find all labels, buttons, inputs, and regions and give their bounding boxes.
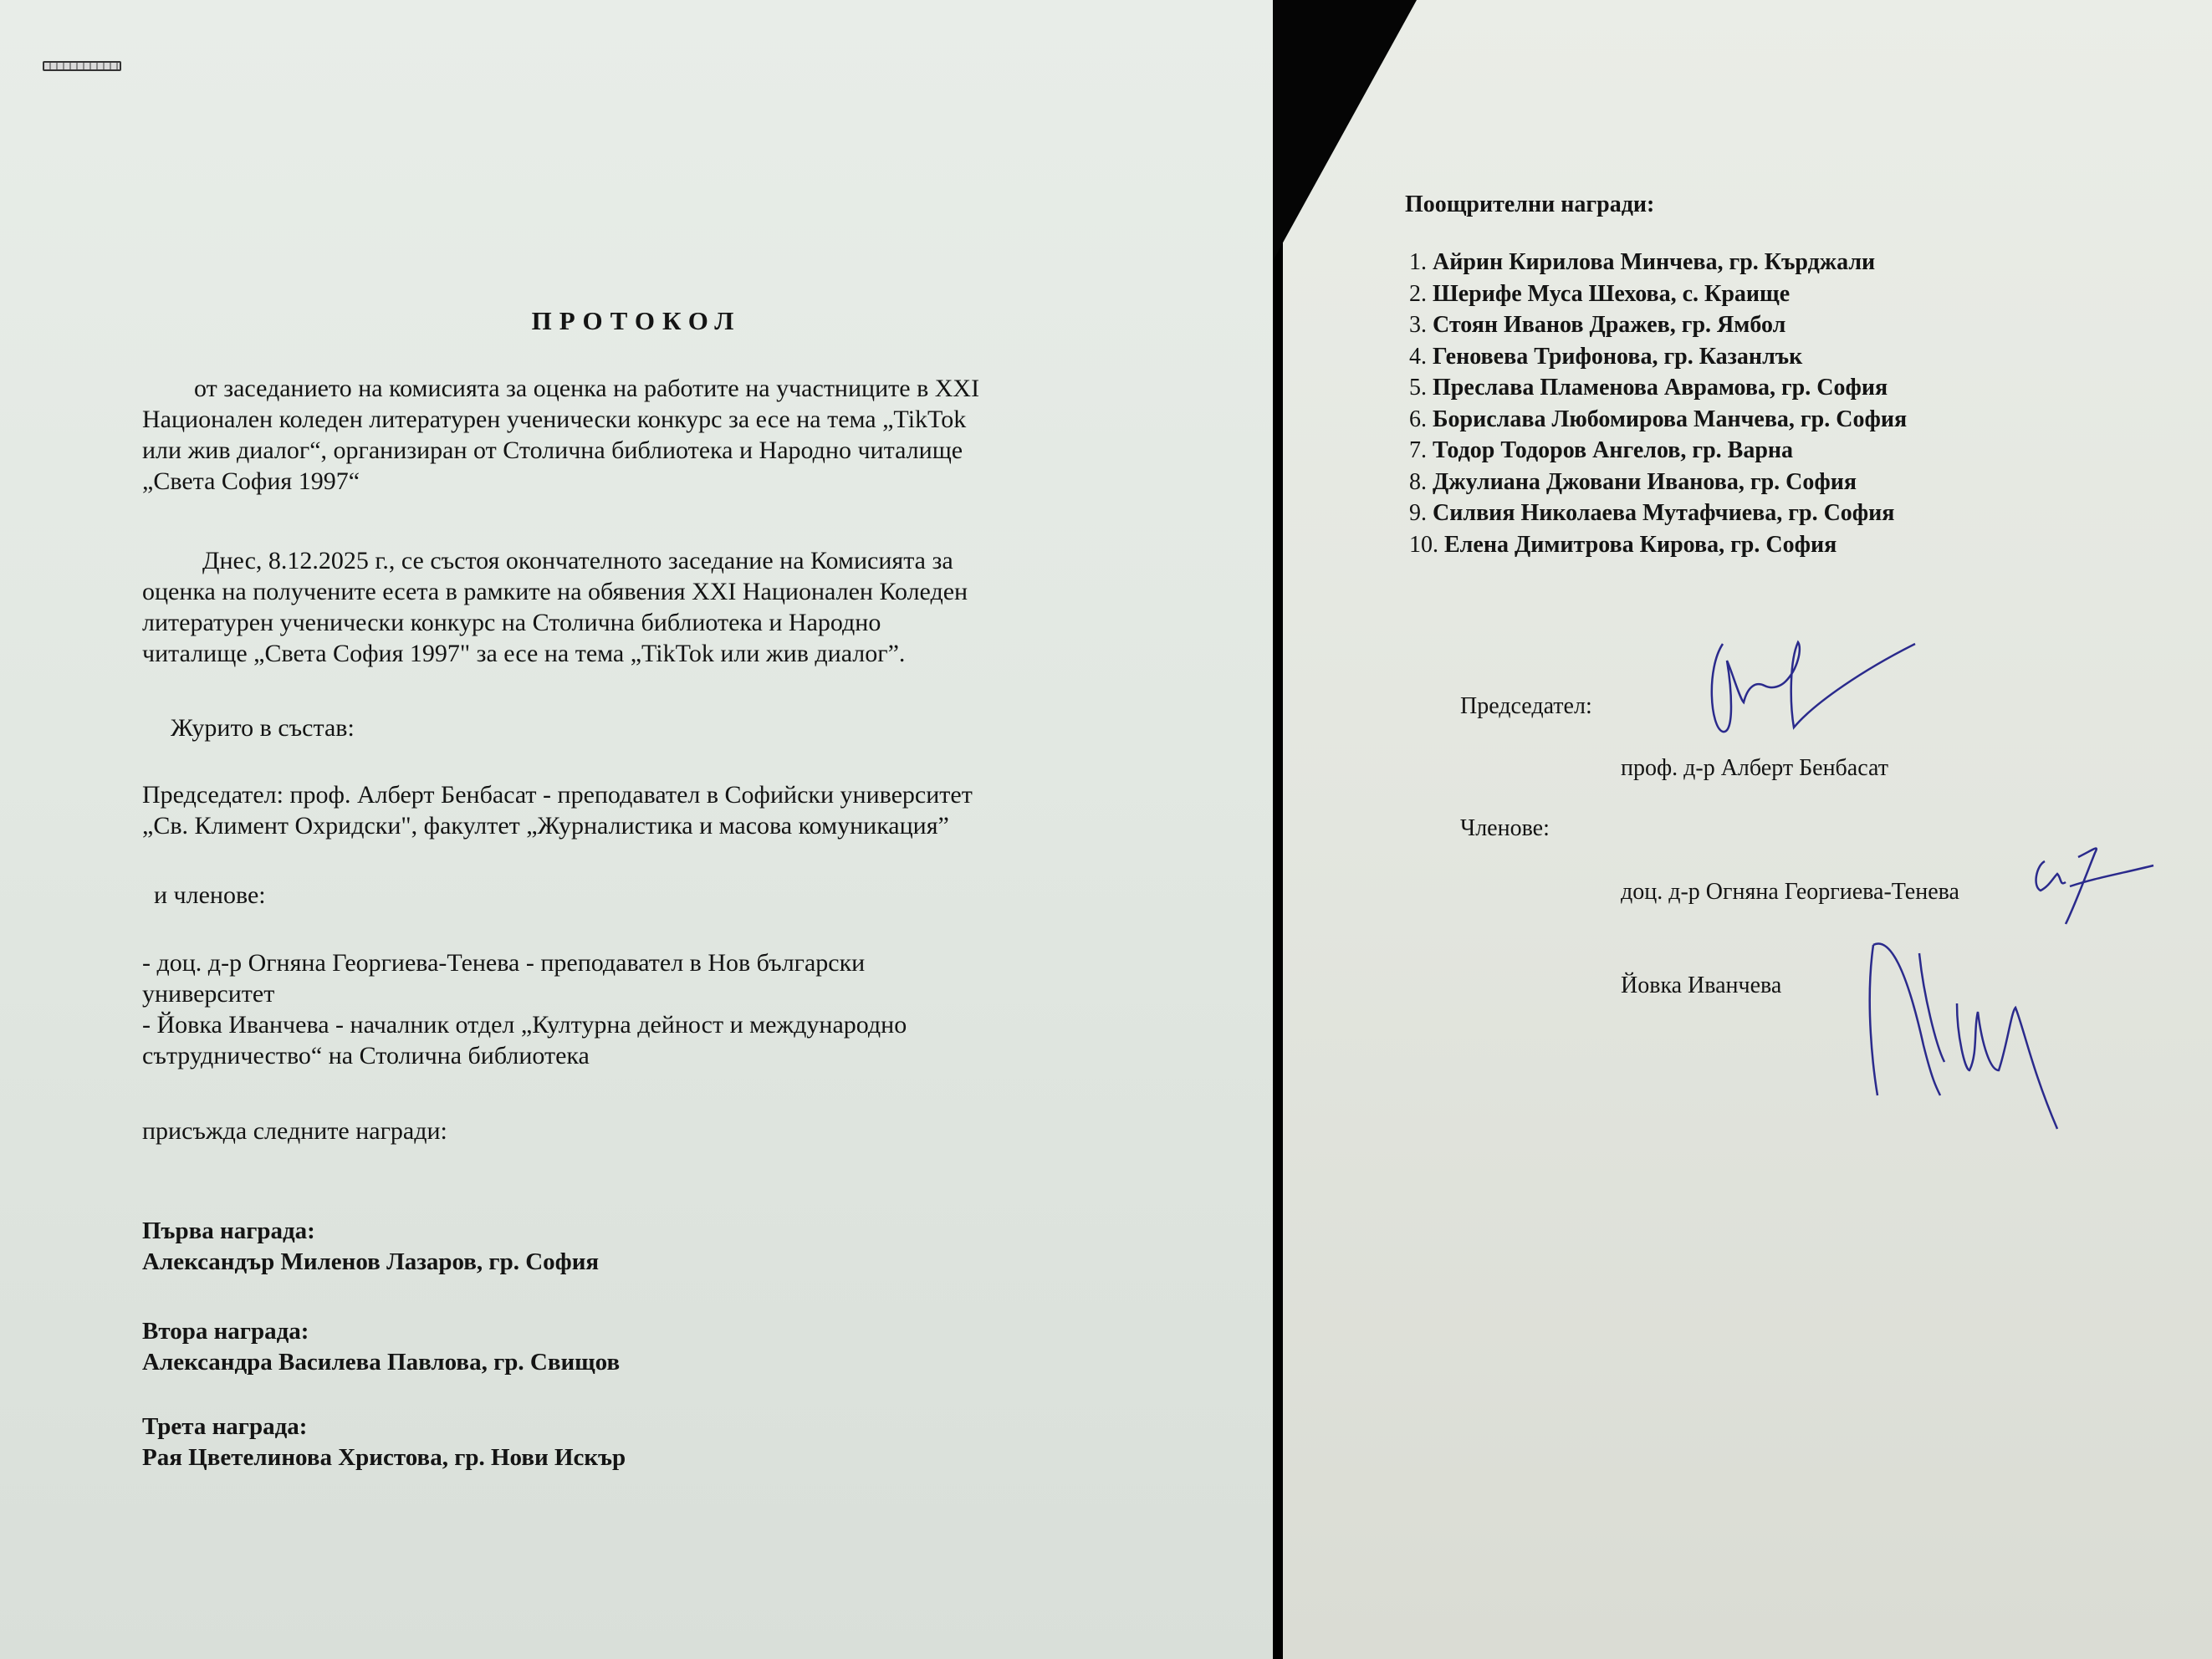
document-title: ПРОТОКОЛ (0, 306, 1273, 336)
award-label: Първа награда: (142, 1216, 1129, 1247)
intro-paragraph: от заседанието на комисията за оценка на… (142, 373, 1129, 497)
award-label: Втора награда: (142, 1316, 1129, 1347)
list-item: 3. Стоян Иванов Дражев, гр. Ямбол (1409, 309, 1907, 341)
chairman-paragraph: Председател: проф. Алберт Бенбасат - пре… (142, 779, 1129, 841)
member-2-signature (1865, 920, 2133, 1141)
list-item: 9. Силвия Николаева Мутафчиева, гр. Софи… (1409, 498, 1907, 529)
award-third: Трета награда: Рая Цветелинова Христова,… (142, 1411, 1129, 1473)
chairman-name: проф. д-р Алберт Бенбасат (1621, 753, 1888, 784)
award-winner: Александър Миленов Лазаров, гр. София (142, 1247, 1129, 1278)
members-label: Членове: (1460, 813, 1550, 844)
member-1-name: доц. д-р Огняна Георгиева-Тенева (1621, 876, 1959, 907)
honorable-awards-list: 1. Айрин Кирилова Минчева, гр. Кърджали … (1409, 247, 1907, 560)
list-item: 6. Борислава Любомирова Манчева, гр. Соф… (1409, 404, 1907, 436)
chairman-label: Председател: (1460, 691, 1592, 722)
award-winner: Александра Василева Павлова, гр. Свищов (142, 1347, 1129, 1378)
jury-heading: Журито в състав: (142, 712, 1129, 743)
chairman-signature (1706, 636, 1923, 757)
list-item: 5. Преслава Пламенова Аврамова, гр. Софи… (1409, 372, 1907, 404)
list-item: 2. Шерифе Муса Шехова, с. Краище (1409, 278, 1907, 310)
award-second: Втора награда: Александра Василева Павло… (142, 1316, 1129, 1378)
protocol-page-1: ПРОТОКОЛ от заседанието на комисията за … (0, 0, 1273, 1659)
honorable-awards-heading: Поощрителни награди: (1405, 189, 1654, 220)
list-item: 7. Тодор Тодоров Ангелов, гр. Варна (1409, 435, 1907, 467)
members-heading: и членове: (142, 880, 1129, 911)
list-item: 1. Айрин Кирилова Минчева, гр. Кърджали (1409, 247, 1907, 278)
list-item: 10. Елена Димитрова Кирова, гр. София (1409, 529, 1907, 561)
list-item: 8. Джулиана Джовани Иванова, гр. София (1409, 467, 1907, 498)
members-paragraph: - доц. д-р Огняна Георгиева-Тенева - пре… (142, 947, 1129, 1071)
meeting-paragraph: Днес, 8.12.2025 г., се състоя окончателн… (142, 545, 1129, 669)
awards-intro: присъжда следните награди: (142, 1115, 1129, 1146)
award-label: Трета награда: (142, 1411, 1129, 1442)
list-item: 4. Геновева Трифонова, гр. Казанлък (1409, 341, 1907, 373)
award-winner: Рая Цветелинова Христова, гр. Нови Искър (142, 1442, 1129, 1473)
award-first: Първа награда: Александър Миленов Лазаро… (142, 1216, 1129, 1278)
member-2-name: Йовка Иванчева (1621, 970, 1781, 1001)
staple-mark (43, 61, 121, 71)
